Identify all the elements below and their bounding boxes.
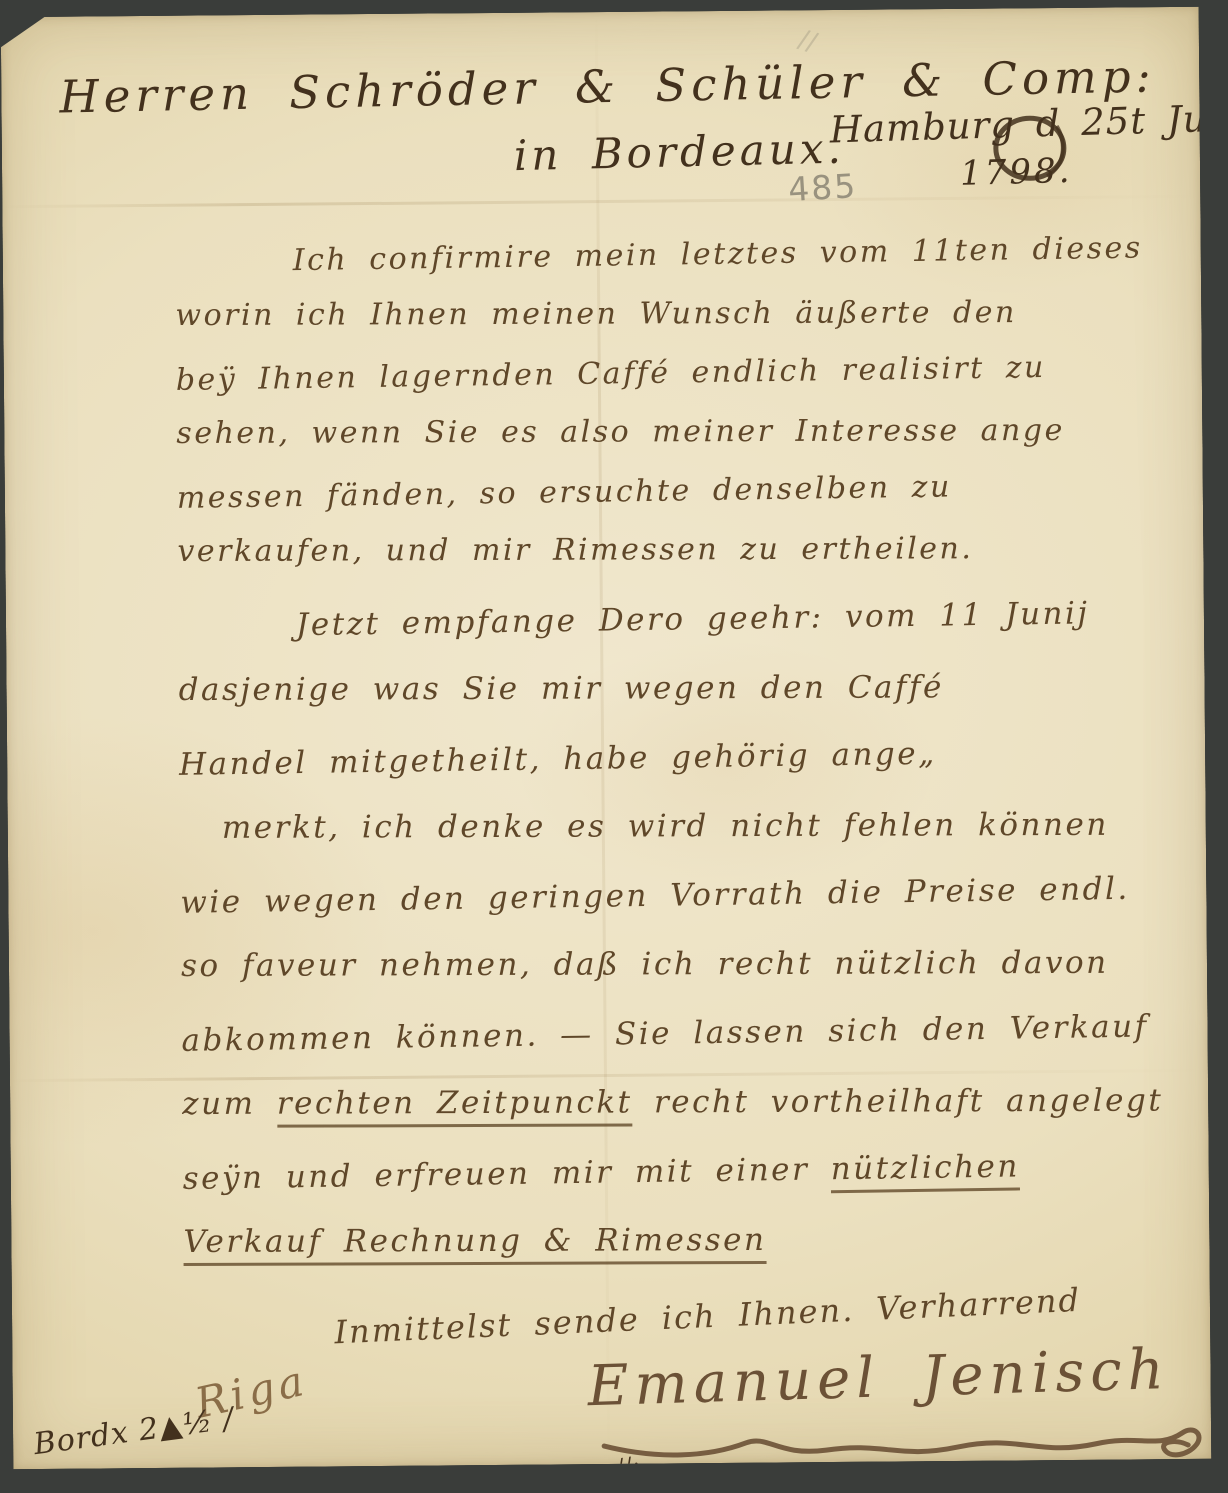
signature-flourish <box>598 1415 1218 1474</box>
signature: Emanuel Jenisch <box>587 1337 1171 1419</box>
body-line: dasjenige was Sie mir wegen den Caffé <box>179 668 1209 741</box>
postal-rate-note: Bordx 2▲½ / <box>32 1401 237 1462</box>
body-line: zum rechten Zeitpunckt recht vortheilhaf… <box>182 1082 1212 1155</box>
handwritten-text: verkaufen, und mir Rimessen zu ertheilen… <box>177 531 973 569</box>
body-line: verkaufen, und mir Rimessen zu ertheilen… <box>177 530 1207 593</box>
body-line: merkt, ich denke es wird nicht fehlen kö… <box>180 806 1210 879</box>
letter-scan: Herren Schröder & Schüler & Comp: in Bor… <box>0 0 1228 1493</box>
archival-pencil-number: 485 <box>787 166 858 209</box>
body-line: messen fänden, so ersuchte denselben zu <box>177 466 1208 540</box>
handwritten-text: Ich confirmire mein letztes vom 11ten di… <box>292 231 1142 279</box>
handwritten-text: zum <box>182 1086 277 1122</box>
handwritten-text: recht vortheilhaft angelegt <box>633 1083 1164 1121</box>
handwritten-text: Jetzt empfange Dero geehr: vom 11 Junij <box>296 595 1090 643</box>
letter-paper: Herren Schröder & Schüler & Comp: in Bor… <box>1 7 1212 1469</box>
body-line: Ich confirmire mein letztes vom 11ten di… <box>175 230 1206 304</box>
handwritten-text: worin ich Ihnen meinen Wunsch äußerte de… <box>175 295 1017 333</box>
handwritten-text: so faveur nehmen, daß ich recht nützlich… <box>181 945 1109 984</box>
paragraph-2: Jetzt empfange Dero geehr: vom 11 Junijd… <box>178 597 1214 1296</box>
body-line: abkommen können. — Sie lassen sich den V… <box>181 1008 1212 1092</box>
handwritten-text: dasjenige was Sie mir wegen den Caffé <box>179 669 944 708</box>
handwritten-text: messen fänden, so ersuchte denselben zu <box>177 469 952 515</box>
handwritten-text: seÿn und erfreuen mir mit einer <box>182 1151 830 1197</box>
body-line: worin ich Ihnen meinen Wunsch äußerte de… <box>175 294 1205 357</box>
body-line: Handel mitgetheilt, habe gehörig ange„ <box>179 732 1210 816</box>
body-line: seÿn und erfreuen mir mit einer nützlich… <box>182 1146 1213 1230</box>
letter-body: Ich confirmire mein letztes vom 11ten di… <box>175 233 1214 1296</box>
handwritten-text: sehen, wenn Sie es also meiner Interesse… <box>176 413 1065 451</box>
underlined-text: Verkauf Rechnung & Rimessen <box>183 1222 766 1266</box>
paragraph-1: Ich confirmire mein letztes vom 11ten di… <box>175 233 1208 596</box>
fold-crease-top <box>2 195 1200 208</box>
handwritten-text: beÿ Ihnen lagernden Caffé endlich realis… <box>176 350 1047 398</box>
underlined-text: nützlichen <box>830 1148 1020 1193</box>
dateline-year: 1798. <box>960 151 1073 194</box>
handwritten-text: merkt, ich denke es wird nicht fehlen kö… <box>222 807 1109 846</box>
body-line: Jetzt empfange Dero geehr: vom 11 Junij <box>178 594 1209 678</box>
underlined-text: rechten Zeitpunckt <box>277 1084 633 1127</box>
body-line: beÿ Ihnen lagernden Caffé endlich realis… <box>176 348 1207 422</box>
pencil-corner-mark: // <box>795 24 821 58</box>
page-mark: ·//· <box>608 1452 643 1480</box>
body-line: wie wegen den geringen Vorrath die Preis… <box>180 870 1211 954</box>
body-line: sehen, wenn Sie es also meiner Interesse… <box>176 412 1206 475</box>
body-line: so faveur nehmen, daß ich recht nützlich… <box>181 944 1211 1017</box>
handwritten-text: Handel mitgetheilt, habe gehörig ange„ <box>179 736 937 783</box>
